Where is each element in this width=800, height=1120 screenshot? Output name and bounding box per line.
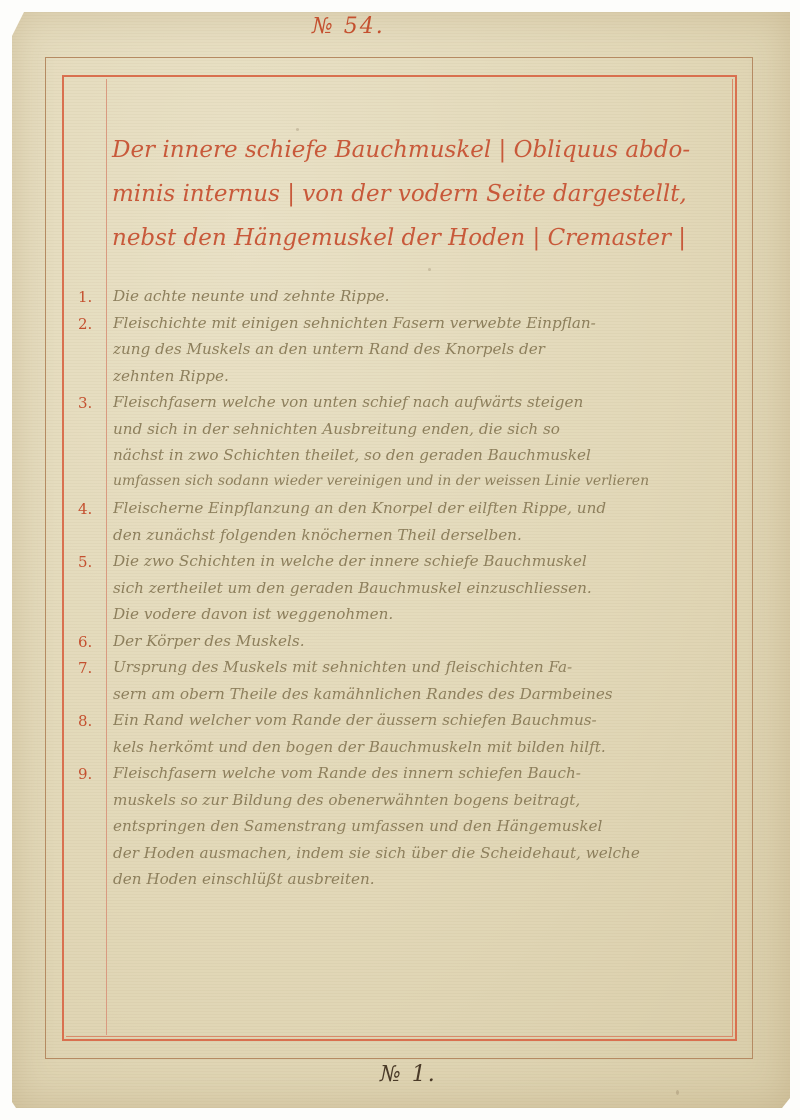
entry-text: den zunächst folgenden knöchernen Theil … bbox=[113, 526, 738, 544]
entry-3-cont: umfassen sich sodann wieder vereinigen u… bbox=[0, 469, 800, 496]
entry-9-cont: entspringen den Samenstrang umfassen und… bbox=[0, 813, 800, 840]
entry-text: umfassen sich sodann wieder vereinigen u… bbox=[113, 473, 738, 489]
entry-number: 6. bbox=[78, 633, 102, 651]
entry-7: 7. Ursprung des Muskels mit sehnichten u… bbox=[0, 654, 800, 681]
entry-8: 8. Ein Rand welcher vom Rande der äusser… bbox=[0, 707, 800, 734]
entry-text: zung des Muskels an den untern Rand des … bbox=[113, 340, 738, 358]
entry-4: 4. Fleischerne Einpflanzung an den Knorp… bbox=[0, 495, 800, 522]
entry-5-cont: Die vodere davon ist weggenohmen. bbox=[0, 601, 800, 628]
folio-number-top: № 54. bbox=[312, 14, 385, 39]
scanned-page: № 54. Der innere schiefe Bauchmuskel | O… bbox=[0, 0, 800, 1120]
entry-text: Fleischfasern welche von unten schief na… bbox=[113, 393, 738, 411]
entry-4-cont: den zunächst folgenden knöchernen Theil … bbox=[0, 522, 800, 549]
entry-text: Der Körper des Muskels. bbox=[113, 632, 738, 650]
entry-3-cont: und sich in der sehnichten Ausbreitung e… bbox=[0, 416, 800, 443]
entry-number: 5. bbox=[78, 553, 102, 571]
entry-7-cont: sern am obern Theile des kamähnlichen Ra… bbox=[0, 681, 800, 708]
entry-text: Fleischichte mit einigen sehnichten Fase… bbox=[113, 314, 738, 332]
entry-text: zehnten Rippe. bbox=[113, 367, 738, 385]
entry-number: 4. bbox=[78, 500, 102, 518]
page-title: Der innere schiefe Bauchmuskel | Obliquu… bbox=[112, 128, 742, 260]
entry-text: Die zwo Schichten in welche der innere s… bbox=[113, 552, 738, 570]
entry-5: 5. Die zwo Schichten in welche der inner… bbox=[0, 548, 800, 575]
entry-text: sern am obern Theile des kamähnlichen Ra… bbox=[113, 685, 738, 703]
legend-entries: 1. Die achte neunte und zehnte Rippe. 2.… bbox=[0, 283, 800, 893]
entry-9-cont: der Hoden ausmachen, indem sie sich über… bbox=[0, 840, 800, 867]
entry-6: 6. Der Körper des Muskels. bbox=[0, 628, 800, 655]
entry-3-cont: nächst in zwo Schichten theilet, so den … bbox=[0, 442, 800, 469]
entry-3: 3. Fleischfasern welche von unten schief… bbox=[0, 389, 800, 416]
entry-9-cont: den Hoden einschlüßt ausbreiten. bbox=[0, 866, 800, 893]
entry-number: 3. bbox=[78, 394, 102, 412]
entry-text: nächst in zwo Schichten theilet, so den … bbox=[113, 446, 738, 464]
entry-text: muskels so zur Bildung des obenerwähnten… bbox=[113, 791, 738, 809]
title-line: nebst den Hängemuskel der Hoden | Cremas… bbox=[112, 216, 742, 260]
entry-text: den Hoden einschlüßt ausbreiten. bbox=[113, 870, 738, 888]
entry-text: Fleischfasern welche vom Rande des inner… bbox=[113, 764, 738, 782]
entry-text: Ursprung des Muskels mit sehnichten und … bbox=[113, 658, 738, 676]
entry-number: 8. bbox=[78, 712, 102, 730]
entry-number: 7. bbox=[78, 659, 102, 677]
entry-text: der Hoden ausmachen, indem sie sich über… bbox=[113, 844, 738, 862]
entry-2: 2. Fleischichte mit einigen sehnichten F… bbox=[0, 310, 800, 337]
entry-text: sich zertheilet um den geraden Bauchmusk… bbox=[113, 579, 738, 597]
entry-text: entspringen den Samenstrang umfassen und… bbox=[113, 817, 738, 835]
entry-text: Fleischerne Einpflanzung an den Knorpel … bbox=[113, 499, 738, 517]
entry-2-cont: zung des Muskels an den untern Rand des … bbox=[0, 336, 800, 363]
entry-text: Die achte neunte und zehnte Rippe. bbox=[113, 287, 738, 305]
folio-number-bottom: № 1. bbox=[380, 1062, 437, 1087]
entry-text: kels herkömt und den bogen der Bauchmusk… bbox=[113, 738, 738, 756]
title-line: minis internus | von der vodern Seite da… bbox=[112, 172, 742, 216]
entry-8-cont: kels herkömt und den bogen der Bauchmusk… bbox=[0, 734, 800, 761]
entry-5-cont: sich zertheilet um den geraden Bauchmusk… bbox=[0, 575, 800, 602]
entry-text: Die vodere davon ist weggenohmen. bbox=[113, 605, 738, 623]
entry-number: 9. bbox=[78, 765, 102, 783]
entry-1: 1. Die achte neunte und zehnte Rippe. bbox=[0, 283, 800, 310]
entry-number: 1. bbox=[78, 288, 102, 306]
entry-2-cont: zehnten Rippe. bbox=[0, 363, 800, 390]
entry-number: 2. bbox=[78, 315, 102, 333]
ink-speck bbox=[676, 1090, 679, 1095]
entry-text: und sich in der sehnichten Ausbreitung e… bbox=[113, 420, 738, 438]
title-line: Der innere schiefe Bauchmuskel | Obliquu… bbox=[112, 128, 742, 172]
entry-text: Ein Rand welcher vom Rande der äussern s… bbox=[113, 711, 738, 729]
entry-9: 9. Fleischfasern welche vom Rande des in… bbox=[0, 760, 800, 787]
entry-9-cont: muskels so zur Bildung des obenerwähnten… bbox=[0, 787, 800, 814]
